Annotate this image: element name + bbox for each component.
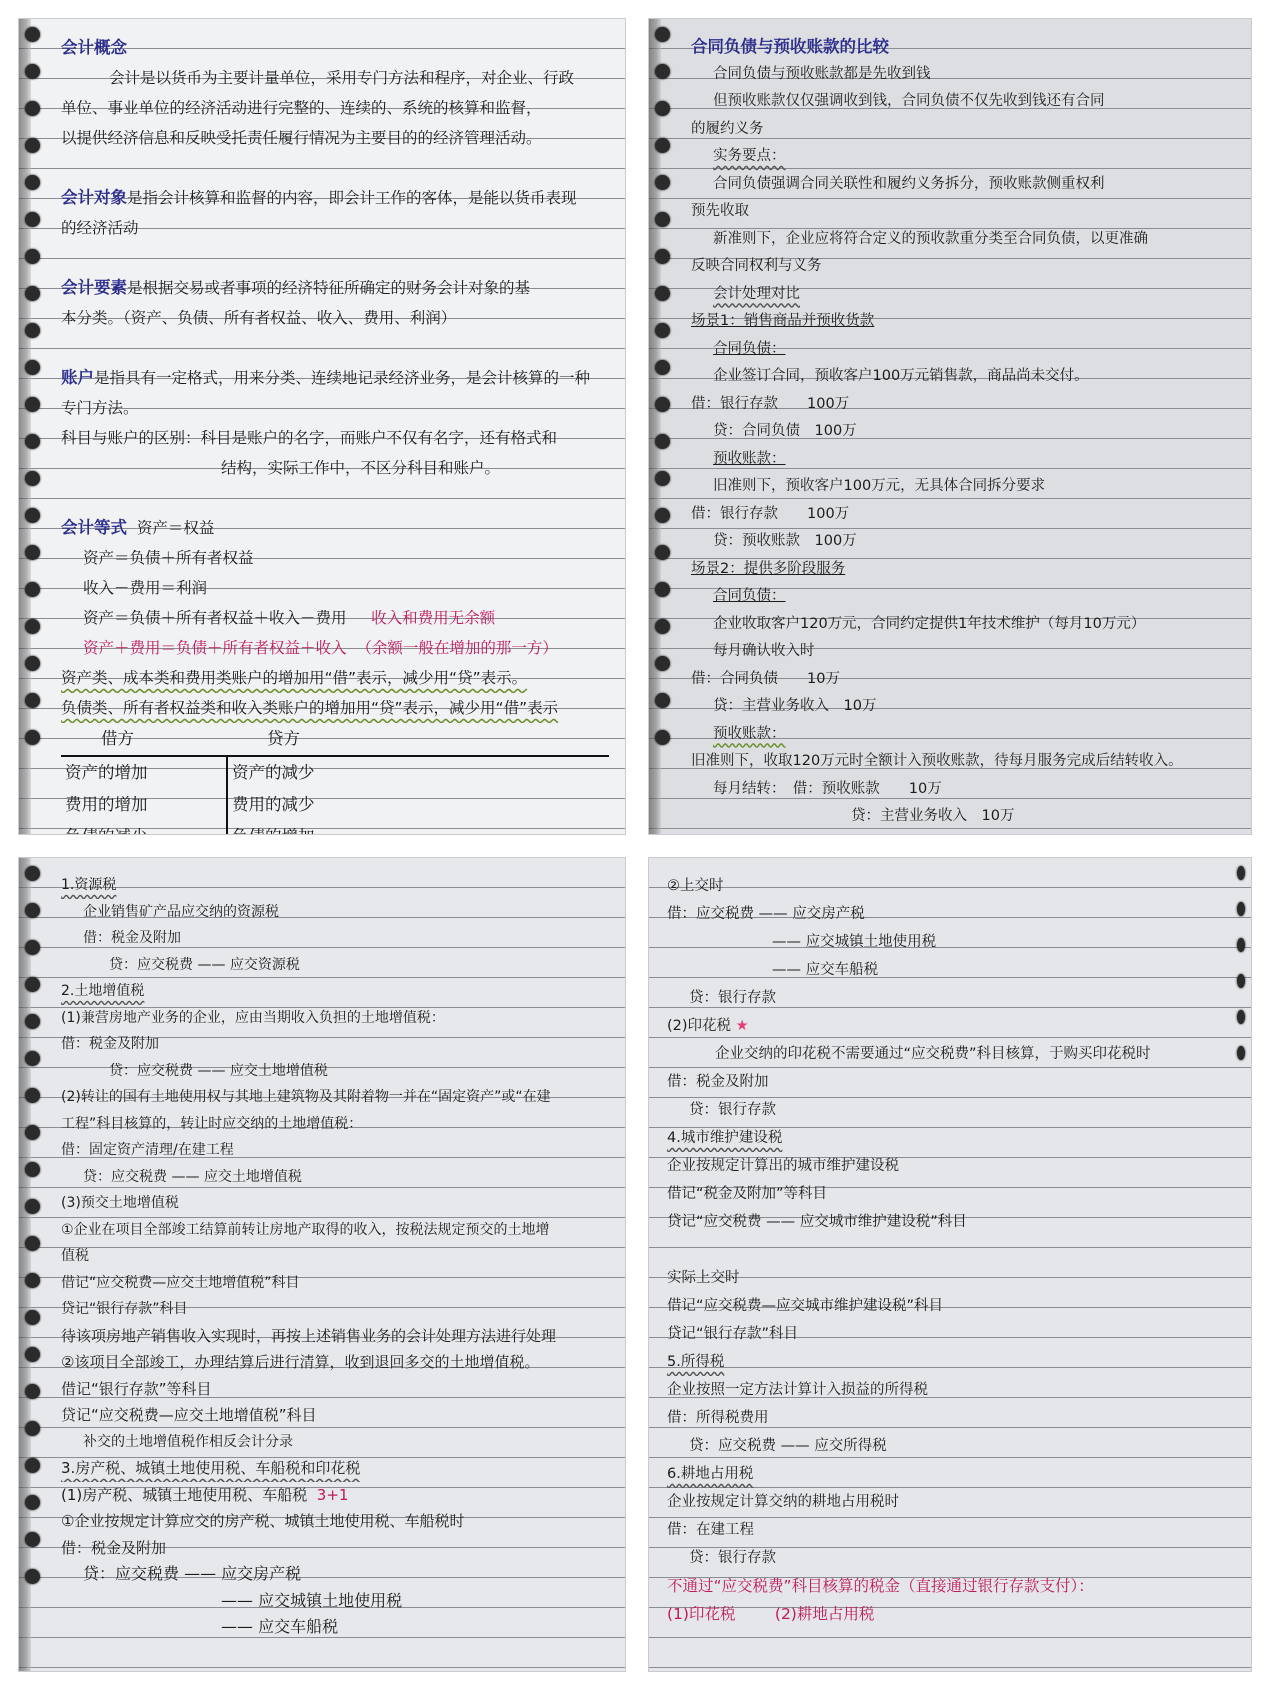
text-line: (2)转让的国有土地使用权与其地上建筑物及其附着物一并在“固定资产”或“在建 [61,1084,609,1111]
text-line: 反映合同权利与义务 [691,253,1235,281]
heading-accounting-object: 会计对象 [61,188,127,207]
section-heading: 5.所得税 [667,1354,724,1370]
subheading: (2)印花税 [667,1018,731,1034]
text-line: 值税 [61,1243,609,1270]
table-cell: 费用的减少 [227,789,609,821]
text-line: 的经济活动 [61,213,609,243]
text-line: 企业签订合同，预收客户100万元销售款，商品尚未交付。 [691,363,1235,391]
scenario-heading: 场景1：销售商品并预收货款 [691,313,874,329]
equation-line-red: 资产＋费用＝负债＋所有者权益＋收入 [83,639,347,657]
text-line: 待该项房地产销售收入实现时，再按上述销售业务的会计处理方法进行处理 [61,1323,609,1350]
rule-line: 资产类、成本类和费用类账户的增加用“借”表示，减少用“贷”表示。 [61,669,527,687]
text-line: 预先收取 [691,198,1235,226]
journal-debit: 借：银行存款 100万 [691,391,1235,419]
subheading: 合同负债： [713,341,786,357]
journal-credit: 贷：应交税费 —— 应交所得税 [667,1432,1221,1460]
text-line: 的履约义务 [691,116,1235,144]
binder-holes [25,27,47,834]
subheading: 会计处理对比 [713,286,800,302]
table-cell: 费用的增加 [61,789,227,821]
journal-debit: 借记“税金及附加”等科目 [667,1180,1221,1208]
equation-main: 资产＝权益 [137,519,215,537]
note-page-contract-liabilities: 合同负债与预收账款的比较 合同负债与预收账款都是先收到钱 但预收账款仅仅强调收到… [648,18,1252,835]
heading-account: 账户 [61,368,94,387]
binder-holes [655,27,677,834]
journal-credit: 贷：银行存款 [667,984,1221,1012]
journal-credit: 贷：主营业务收入 10万 [691,803,1235,831]
note-red-item: (1)印花税 [667,1605,735,1623]
text-line: 旧准则下，预收客户100万元，无具体合同拆分要求 [691,473,1235,501]
journal-debit-sub: —— 应交车船税 [667,956,1221,984]
journal-credit: 贷：应交税费 —— 应交土地增值税 [61,1164,609,1191]
text-line: 专门方法。 [61,393,609,423]
journal-debit: 借：所得税费用 [667,1404,1221,1432]
journal-credit-sub: —— 应交城镇土地使用税 [61,1588,609,1615]
journal-credit: 贷记“应交税费—应交土地增值税”科目 [61,1402,609,1429]
journal-debit: 借：税金及附加 [61,1535,609,1562]
journal-credit: 贷记“银行存款”科目 [61,1296,609,1323]
note-red: 不通过“应交税费”科目核算的税金（直接通过银行存款支付）： [667,1572,1221,1600]
table-cell: 负债的增加 [227,821,609,835]
debit-credit-table: 借方 贷方 资产的增加资产的减少 费用的增加费用的减少 负债的减少负债的增加 所… [61,723,609,835]
text-line: 新准则下，企业应将符合定义的预收款重分类至合同负债，以更准确 [691,226,1235,254]
annotation-red: 3+1 [317,1486,349,1504]
journal-debit-sub: —— 应交城镇土地使用税 [667,928,1221,956]
text-line: 企业收取客户120万元，合同约定提供1年技术维护（每月10万元） [691,611,1235,639]
text-line: ②该项目全部竣工，办理结算后进行清算，收到退回多交的土地增值税。 [61,1349,609,1376]
journal-debit: 借：固定资产清理/在建工程 [61,1137,609,1164]
text-line: 合同负债与预收账款都是先收到钱 [691,61,1235,89]
text-line: 以提供经济信息和反映受托责任履行情况为主要目的的经济管理活动。 [61,123,609,153]
journal-credit: 贷：预收账款 100万 [691,528,1235,556]
journal-debit: 借：税金及附加 [61,925,609,952]
subheading: ②上交时 [667,872,1221,900]
equation-line: 资产＝负债＋所有者权益 [61,543,609,573]
journal-debit: 借：税金及附加 [61,1031,609,1058]
star-icon: ★ [736,1018,749,1034]
table-cell: 负债的减少 [61,821,227,835]
subheading: 预收账款： [713,726,786,742]
binder-holes [1225,866,1247,1671]
text-line: 单位、事业单位的经济活动进行完整的、连续的、系统的核算和监督， [61,93,609,123]
subheading: 预收账款： [713,451,786,467]
text-line: 是指会计核算和监督的内容，即会计工作的客体，是能以货币表现 [127,189,577,207]
binder-holes [25,866,47,1671]
subheading: (1)房产税、城镇土地使用税、车船税 [61,1486,307,1504]
annotation-red: 收入和费用无余额 [371,609,495,627]
text-line: 但预收账款仅仅强调收到钱，合同负债不仅先收到钱还有合同 [691,88,1235,116]
subheading: (3)预交土地增值税 [61,1190,609,1217]
journal-credit: 贷记“应交税费 —— 应交城市维护建设税”科目 [667,1208,1221,1236]
journal-credit: 贷：银行存款 [667,1096,1221,1124]
journal-credit-sub: —— 应交车船税 [61,1614,609,1641]
table-row: 负债的减少负债的增加 [61,821,609,835]
text-line: 是指具有一定格式，用来分类、连续地记录经济业务，是会计核算的一种 [94,369,590,387]
heading-accounting-elements: 会计要素 [61,278,127,297]
journal-debit: 借：税金及附加 [667,1068,1221,1096]
journal-credit: 贷：应交税费 —— 应交资源税 [61,952,609,979]
heading-accounting-equation: 会计等式 [61,518,127,537]
section-heading: 3.房产税、城镇土地使用税、车船税和印花税 [61,1459,360,1477]
column-header-credit: 贷方 [227,723,609,756]
note-red-item: (2)耕地占用税 [775,1605,874,1623]
text-line: (1)兼营房地产业务的企业，应由当期收入负担的土地增值税： [61,1005,609,1032]
section-heading: 2.土地增值税 [61,983,144,999]
table-cell: 资产的增加 [61,756,227,789]
journal-credit: 贷记“银行存款”科目 [667,1320,1221,1348]
text-line: 旧准则下，收取120万元时全额计入预收账款，待每月服务完成后结转收入。 [691,748,1235,776]
section-heading: 4.城市维护建设税 [667,1130,782,1146]
journal-credit: 贷：应交税费 —— 应交土地增值税 [61,1058,609,1085]
journal-credit: 贷：银行存款 [667,1544,1221,1572]
journal-debit: 借：银行存款 100万 [691,501,1235,529]
journal-debit: 借记“银行存款”等科目 [61,1376,609,1403]
column-header-debit: 借方 [61,723,227,756]
subheading: 实务要点： [713,148,786,164]
journal-credit: 贷：合同负债 100万 [691,418,1235,446]
text-line: 会计是以货币为主要计量单位，采用专门方法和程序，对企业、行政 [61,63,609,93]
note-page-taxes-part2: ②上交时 借：应交税费 —— 应交房产税 —— 应交城镇土地使用税 —— 应交车… [648,857,1252,1672]
rule-line: 负债类、所有者权益类和收入类账户的增加用“贷”表示，减少用“借”表示 [61,699,558,717]
journal-debit: 借记“应交税费—应交土地增值税”科目 [61,1270,609,1297]
heading-accounting-concept: 会计概念 [61,38,127,57]
journal-debit: 每月结转： 借：预收账款 10万 [691,776,1235,804]
scenario-heading: 场景2：提供多阶段服务 [691,561,845,577]
text-line: 补交的土地增值税作相反会计分录 [61,1429,609,1456]
subheading: 合同负债： [713,588,786,604]
text-line: 工程”科目核算的，转让时应交纳的土地增值税： [61,1111,609,1138]
text-line: 是根据交易或者事项的经济特征所确定的财务会计对象的基 [127,279,530,297]
journal-credit: 贷：应交税费 —— 应交房产税 [61,1561,609,1588]
text-line: 企业按照一定方法计算计入损益的所得税 [667,1376,1221,1404]
table-cell: 资产的减少 [227,756,609,789]
journal-debit: 借记“应交税费—应交城市维护建设税”科目 [667,1292,1221,1320]
text-line: 每月确认收入时 [691,638,1235,666]
table-row: 费用的增加费用的减少 [61,789,609,821]
section-heading: 1.资源税 [61,877,116,893]
text-line: 企业按规定计算交纳的耕地占用税时 [667,1488,1221,1516]
text-line: 科目与账户的区别：科目是账户的名字，而账户不仅有名字，还有格式和 [61,423,609,453]
text-line: ①企业在项目全部竣工结算前转让房地产取得的收入，按税法规定预交的土地增 [61,1217,609,1244]
journal-debit: 借：在建工程 [667,1516,1221,1544]
journal-debit: 借：应交税费 —— 应交房产税 [667,900,1221,928]
text-line: ①企业按规定计算应交的房产税、城镇土地使用税、车船税时 [61,1508,609,1535]
annotation-red: （余额一般在增加的那一方） [356,639,558,657]
journal-debit: 借：合同负债 10万 [691,666,1235,694]
text-line: 合同负债强调合同关联性和履约义务拆分，预收账款侧重权利 [691,171,1235,199]
text-line: 本分类。（资产、负债、所有者权益、收入、费用、利润） [61,303,609,333]
equation-line: 资产＝负债＋所有者权益＋收入－费用 [83,609,347,627]
subheading: 实际上交时 [667,1264,1221,1292]
text-line: 企业按规定计算出的城市维护建设税 [667,1152,1221,1180]
text-line: 结构，实际工作中，不区分科目和账户。 [61,453,609,483]
note-page-taxes-part1: 1.资源税 企业销售矿产品应交纳的资源税 借：税金及附加 贷：应交税费 —— 应… [18,857,626,1672]
journal-credit: 贷：主营业务收入 10万 [691,693,1235,721]
page-title: 合同负债与预收账款的比较 [691,33,1235,61]
text-line: 企业销售矿产品应交纳的资源税 [61,899,609,926]
text-line: 企业交纳的印花税不需要通过“应交税费”科目核算，于购买印花税时 [667,1040,1221,1068]
table-row: 资产的增加资产的减少 [61,756,609,789]
note-page-accounting-basics: 会计概念 会计是以货币为主要计量单位，采用专门方法和程序，对企业、行政 单位、事… [18,18,626,835]
section-heading: 6.耕地占用税 [667,1466,753,1482]
equation-line: 收入－费用＝利润 [61,573,609,603]
